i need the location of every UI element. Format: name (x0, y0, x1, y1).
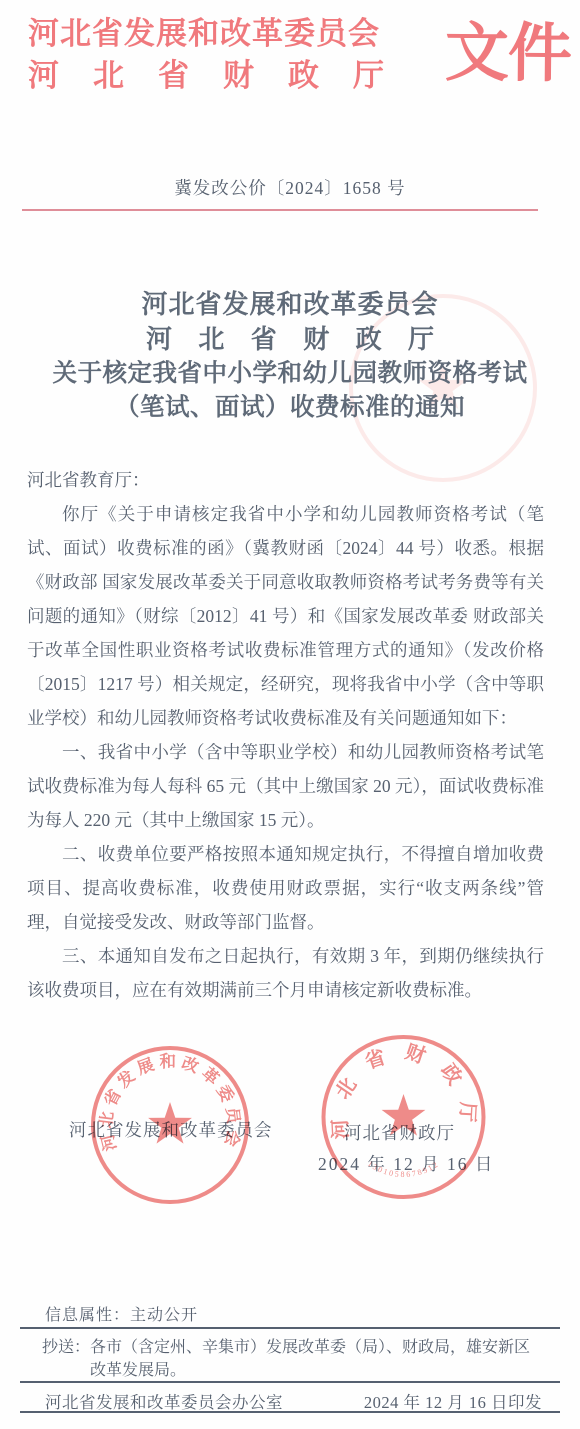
paragraph-item-1: 一、我省中小学（含中等职业学校）和幼儿园教师资格考试笔试收费标准为每人每科 65… (27, 735, 544, 837)
title-org-2: 河北省财政厅 (146, 322, 434, 357)
footer-divider-top (20, 1327, 560, 1329)
title-org-1: 河北省发展和改革委员会 (0, 287, 580, 322)
seal-serial-number: 1301058678912 (366, 1159, 441, 1179)
letterhead-org-1: 河北省发展和改革委员会 (28, 8, 384, 53)
paragraph-item-2: 二、收费单位要严格按照本通知规定执行，不得擅自增加收费项目、提高收费标准，收费使… (27, 837, 544, 939)
document-page: 河北省发展和改革委员会 河北省财政厅 文件 冀发改公价〔2024〕1658 号 … (0, 0, 580, 1429)
red-divider-line (22, 209, 538, 211)
footer-divider-middle (20, 1381, 560, 1383)
letterhead-org-2: 河北省财政厅 (28, 50, 384, 95)
title-subject-line-1: 关于核定我省中小学和幼儿园教师资格考试 (0, 357, 580, 391)
info-attribute-line: 信息属性：主动公开 (45, 1302, 198, 1325)
star-icon (382, 1094, 426, 1136)
title-subject-line-2: （笔试、面试）收费标准的通知 (0, 391, 580, 425)
paragraph-item-3: 三、本通知自发布之日起执行，有效期 3 年，到期仍继续执行该收费项目，应在有效期… (27, 939, 544, 1007)
cc-line-1: 抄送：各市（含定州、辛集市）发展改革委（局）、财政局，雄安新区 (42, 1334, 530, 1357)
issuing-office: 河北省发展和改革委员会办公室 (45, 1389, 283, 1413)
footer-divider-bottom (20, 1411, 560, 1413)
salutation: 河北省教育厅： (27, 463, 544, 497)
print-date: 2024 年 12 月 16 日印发 (364, 1389, 542, 1413)
cc-line-2: 改革发展局。 (90, 1357, 186, 1380)
paragraph-intro: 你厅《关于申请核定我省中小学和幼儿园教师资格考试（笔试、面试）收费标准的函》（冀… (27, 497, 544, 735)
document-title: 河北省发展和改革委员会 河北省财政厅 关于核定我省中小学和幼儿园教师资格考试 （… (0, 287, 580, 425)
letterhead-doc-type: 文件 (445, 1, 572, 94)
seal-finance-department: 河北省财政厅 1301058678912 (316, 1031, 491, 1206)
issuing-office-row: 河北省发展和改革委员会办公室 2024 年 12 月 16 日印发 (45, 1389, 542, 1413)
seal-development-reform-commission: 河北省发展和改革委员会 (85, 1040, 255, 1210)
document-number: 冀发改公价〔2024〕1658 号 (0, 175, 580, 200)
document-body: 河北省教育厅： 你厅《关于申请核定我省中小学和幼儿园教师资格考试（笔试、面试）收… (27, 463, 544, 1007)
star-icon (148, 1102, 192, 1144)
